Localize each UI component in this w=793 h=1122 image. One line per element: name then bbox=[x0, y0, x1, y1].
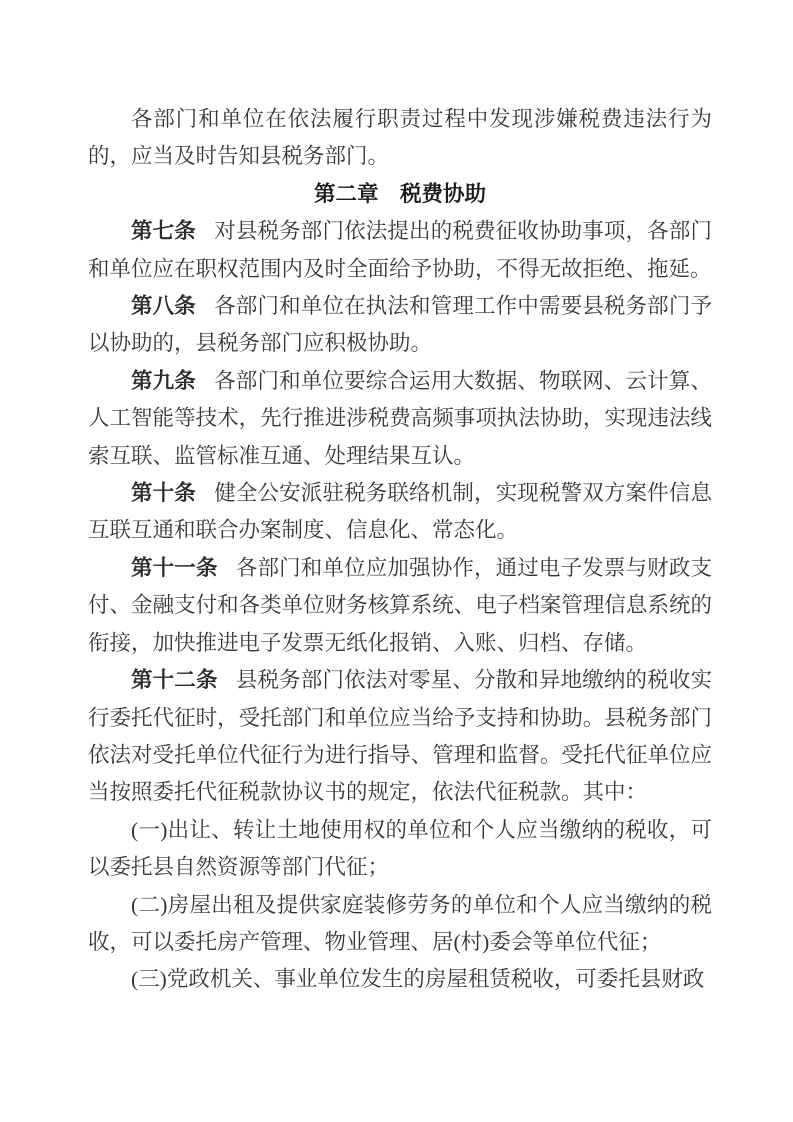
intro-paragraph: 各部门和单位在依法履行职责过程中发现涉嫌税费违法行为的，应当及时告知县税务部门。 bbox=[88, 101, 712, 176]
article-12: 第十二条县税务部门依法对零星、分散和异地缴纳的税收实行委托代征时，受托部门和单位… bbox=[88, 662, 712, 812]
article-11-number: 第十一条 bbox=[131, 556, 218, 580]
document-page: 各部门和单位在依法履行职责过程中发现涉嫌税费违法行为的，应当及时告知县税务部门。… bbox=[0, 0, 793, 1122]
article-9-number: 第九条 bbox=[131, 369, 196, 393]
list-item-3: (三)党政机关、事业单位发生的房屋租赁税收，可委托县财政 bbox=[88, 961, 712, 998]
article-8: 第八条各部门和单位在执法和管理工作中需要县税务部门予以协助的，县税务部门应积极协… bbox=[88, 288, 712, 363]
article-7: 第七条对县税务部门依法提出的税费征收协助事项，各部门和单位应在职权范围内及时全面… bbox=[88, 213, 712, 288]
list-item-2: (二)房屋出租及提供家庭装修劳务的单位和个人应当缴纳的税收，可以委托房产管理、物… bbox=[88, 887, 712, 962]
article-10-number: 第十条 bbox=[131, 481, 196, 505]
article-9: 第九条各部门和单位要综合运用大数据、物联网、云计算、人工智能等技术，先行推进涉税… bbox=[88, 363, 712, 475]
article-11: 第十一条各部门和单位应加强协作，通过电子发票与财政支付、金融支付和各类单位财务核… bbox=[88, 550, 712, 662]
chapter-heading: 第二章 税费协助 bbox=[88, 176, 712, 213]
article-8-number: 第八条 bbox=[131, 294, 196, 318]
article-12-number: 第十二条 bbox=[131, 668, 218, 692]
list-item-1: (一)出让、转让土地使用权的单位和个人应当缴纳的税收，可以委托县自然资源等部门代… bbox=[88, 812, 712, 887]
article-10: 第十条健全公安派驻税务联络机制，实现税警双方案件信息互联互通和联合办案制度、信息… bbox=[88, 475, 712, 550]
article-7-number: 第七条 bbox=[131, 219, 196, 243]
document-body: 各部门和单位在依法履行职责过程中发现涉嫌税费违法行为的，应当及时告知县税务部门。… bbox=[88, 101, 712, 999]
